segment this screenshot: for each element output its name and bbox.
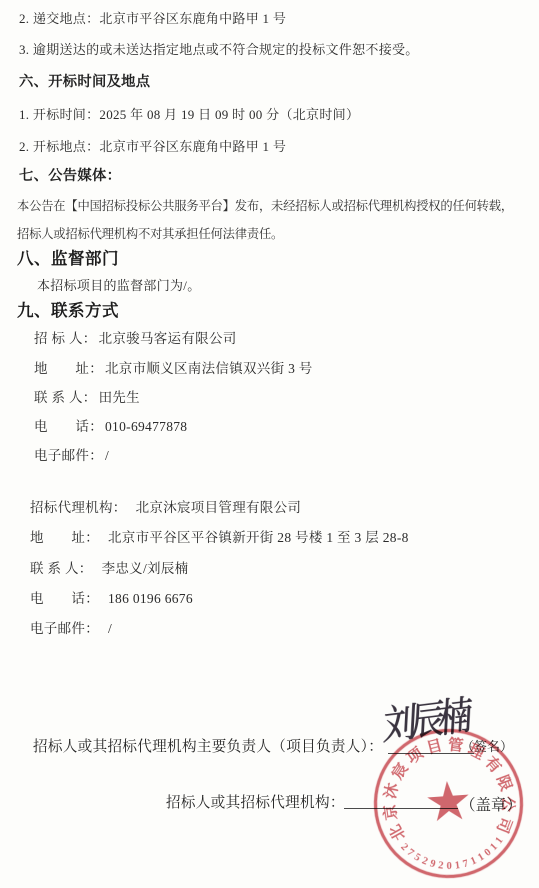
tenderer-contact-row: 联 系 人：田先生: [34, 390, 140, 407]
agency-email-row: 电子邮件：/: [30, 621, 112, 638]
agency-phone-label: 电 话：: [30, 591, 99, 606]
tenderer-address-value: 北京市顺义区南法信镇双兴街 3 号: [103, 361, 313, 376]
media-paragraph-line1: 本公告在【中国招标投标公共服务平台】发布，未经招标人或招标代理机构授权的任何转载…: [17, 199, 513, 214]
tender-announcement-page: 2. 递交地点：北京市平谷区东鹿角中路甲 1 号 3. 逾期送达的或未送达指定地…: [0, 0, 539, 888]
opening-place-line: 2. 开标地点：北京市平谷区东鹿角中路甲 1 号: [19, 139, 286, 155]
agency-email-value: /: [99, 621, 112, 636]
tenderer-phone-row: 电 话：010-69477878: [34, 419, 187, 436]
tenderer-phone-label: 电 话：: [34, 419, 103, 434]
agency-contact-value: 李忠义/刘辰楠: [93, 561, 189, 576]
opening-time-line: 1. 开标时间：2025 年 08 月 19 日 09 时 00 分（北京时间）: [19, 107, 359, 123]
tenderer-phone-value: 010-69477878: [103, 419, 187, 434]
agency-phone-row: 电 话：186 0196 6676: [30, 591, 193, 608]
tenderer-email-row: 电子邮件：/: [34, 448, 109, 465]
supervision-section-heading: 八、监督部门: [17, 249, 119, 270]
tenderer-email-label: 电子邮件：: [34, 448, 103, 463]
agency-contact-label: 联 系 人：: [30, 561, 93, 576]
agency-contact-row: 联 系 人：李忠义/刘辰楠: [30, 561, 188, 578]
tenderer-email-value: /: [103, 448, 109, 463]
company-seal: ★ 北京沐宸项目管理有限公司 11011710292572: [369, 724, 528, 883]
contacts-section-heading: 九、联系方式: [17, 301, 119, 322]
agency-name-value: 北京沐宸项目管理有限公司: [127, 500, 302, 515]
principal-signoff-label: 招标人或其招标代理机构主要负责人（项目负责人）：: [33, 738, 383, 756]
supervision-body-line: 本招标项目的监督部门为/。: [37, 278, 201, 294]
agency-address-label: 地 址：: [30, 530, 99, 545]
agency-phone-value: 186 0196 6676: [99, 591, 193, 606]
agency-email-label: 电子邮件：: [30, 621, 99, 636]
submission-place-line: 2. 递交地点：北京市平谷区东鹿角中路甲 1 号: [19, 11, 286, 27]
tenderer-contact-label: 联 系 人：: [34, 390, 97, 405]
tenderer-name-value: 北京骏马客运有限公司: [97, 331, 237, 346]
media-paragraph-line2: 招标人或招标代理机构不对其承担任何法律责任。: [17, 227, 283, 242]
agency-address-row: 地 址：北京市平谷区平谷镇新开街 28 号楼 1 至 3 层 28-8: [30, 530, 409, 547]
tenderer-name-row: 招 标 人：北京骏马客运有限公司: [34, 331, 237, 348]
submission-late-line: 3. 逾期送达的或未送达指定地点或不符合规定的投标文件恕不接受。: [19, 42, 419, 58]
agency-address-value: 北京市平谷区平谷镇新开街 28 号楼 1 至 3 层 28-8: [99, 530, 409, 545]
star-icon: ★: [422, 773, 474, 830]
opening-section-heading: 六、开标时间及地点: [19, 74, 150, 92]
agency-name-label: 招标代理机构：: [30, 500, 127, 515]
tenderer-address-label: 地 址：: [34, 361, 103, 376]
tenderer-address-row: 地 址：北京市顺义区南法信镇双兴街 3 号: [34, 361, 313, 378]
agency-name-row: 招标代理机构：北京沐宸项目管理有限公司: [30, 500, 301, 517]
agency-signoff-label: 招标人或其招标代理机构：: [166, 794, 345, 812]
tenderer-contact-value: 田先生: [97, 390, 140, 405]
media-section-heading: 七、公告媒体：: [19, 168, 121, 186]
tenderer-name-label: 招 标 人：: [34, 331, 97, 346]
